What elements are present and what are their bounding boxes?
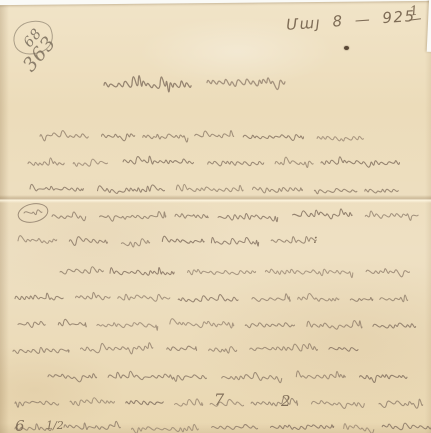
scanned-letter-page: 68 363 Մայ 8 — 925 1 ։ 7 2 6 1/2 <box>0 0 431 433</box>
handwriting-lines <box>0 0 431 433</box>
numeral-6: 6 <box>15 417 25 433</box>
numeral-2: 2 <box>281 392 291 410</box>
armenian-full-stop: ։ <box>313 231 320 247</box>
fraction-one-half: 1/2 <box>46 419 64 432</box>
numeral-7: 7 <box>214 390 224 409</box>
